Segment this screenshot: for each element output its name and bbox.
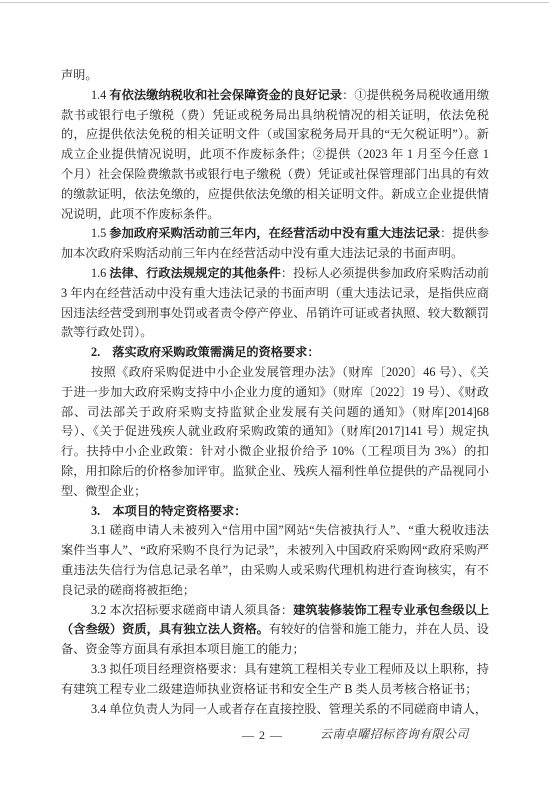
- page-number: — 2 —: [242, 727, 283, 743]
- paragraph-item-3-2: 3.2 本次招标要求磋商申请人须具备：建筑装修装饰工程专业承包叁级以上（含叁级）…: [61, 601, 489, 660]
- paragraph-section-2-body: 按照《政府采购促进中小企业发展管理办法》（财库〔2020〕46 号）、《关于进一…: [61, 363, 489, 502]
- text-run: 3. 本项目的特定资格要求：: [91, 504, 246, 518]
- paragraph-section-3-heading: 3. 本项目的特定资格要求：: [61, 502, 489, 522]
- paragraph-section-2-heading: 2. 落实政府采购政策需满足的资格要求：: [61, 343, 489, 363]
- page-footer: — 2 — 云南卓曜招标咨询有限公司: [0, 725, 549, 747]
- paragraph-declaration-continuation: 声明。: [61, 66, 489, 86]
- text-run: 3.1 磋商申请人未被列入“信用中国”网站“失信被执行人”、“重大税收违法案件当…: [61, 523, 489, 596]
- text-run: 2. 落实政府采购政策需满足的资格要求：: [91, 345, 320, 359]
- text-run: 3.4 单位负责人为同一人或者存在直接控股、管理关系的不同磋商申请人，: [91, 702, 487, 716]
- text-run: 3.2 本次招标要求磋商申请人须具备：: [91, 603, 293, 617]
- paragraph-item-3-4: 3.4 单位负责人为同一人或者存在直接控股、管理关系的不同磋商申请人，: [61, 700, 489, 720]
- paragraph-item-1-5: 1.5 参加政府采购活动前三年内，在经营活动中没有重大违法记录：提供参加本次政府…: [61, 224, 489, 264]
- text-run: 1.6: [91, 266, 109, 280]
- text-run: 按照《政府采购促进中小企业发展管理办法》（财库〔2020〕46 号）、《关于进一…: [61, 365, 489, 498]
- text-run: 1.5: [91, 226, 109, 240]
- paragraph-item-1-4: 1.4 有依法缴纳税收和社会保障资金的良好记录：①提供税务局税收通用缴款书或银行…: [61, 86, 489, 225]
- paragraph-item-3-1: 3.1 磋商申请人未被列入“信用中国”网站“失信被执行人”、“重大税收违法案件当…: [61, 521, 489, 600]
- document-page: 声明。1.4 有依法缴纳税收和社会保障资金的良好记录：①提供税务局税收通用缴款书…: [0, 0, 549, 786]
- document-body: 声明。1.4 有依法缴纳税收和社会保障资金的良好记录：①提供税务局税收通用缴款书…: [61, 66, 489, 719]
- footer-company-name: 云南卓曜招标咨询有限公司: [320, 726, 480, 742]
- text-run: 参加政府采购活动前三年内，在经营活动中没有重大违法记录: [109, 226, 440, 240]
- page-top-edge-line: [0, 2, 549, 3]
- paragraph-item-1-6: 1.6 法律、行政法规规定的其他条件：投标人必须提供参加政府采购活动前 3 年内…: [61, 264, 489, 343]
- text-run: ：①提供税务局税收通用缴款书或银行电子缴税（费）凭证或税务局出具纳税情况的相关证…: [61, 88, 489, 221]
- paragraph-item-3-3: 3.3 拟任项目经理资格要求：具有建筑工程相关专业工程师及以上职称，持有建筑工程…: [61, 660, 489, 700]
- text-run: 法律、行政法规规定的其他条件: [109, 266, 281, 280]
- text-run: 1.4: [91, 88, 109, 102]
- text-run: 有依法缴纳税收和社会保障资金的良好记录: [109, 88, 342, 102]
- text-run: 声明。: [61, 68, 98, 82]
- text-run: 3.3 拟任项目经理资格要求：具有建筑工程相关专业工程师及以上职称，持有建筑工程…: [61, 662, 489, 696]
